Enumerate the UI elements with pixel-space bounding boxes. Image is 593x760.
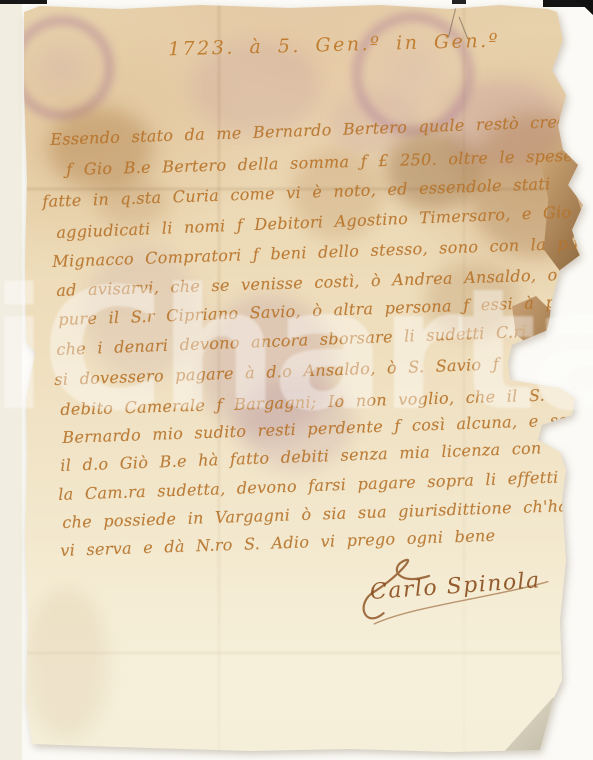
signature: Carlo Spinola: [349, 541, 564, 635]
letter-paper-shadow: 1723. à 5. Gen.º in Gen.º Essendo stato …: [0, 0, 593, 760]
letter-line: Essendo stato da me Bernardo Bertero qua…: [50, 111, 583, 149]
letter-paper: 1723. à 5. Gen.º in Gen.º Essendo stato …: [0, 0, 593, 760]
scan-background: 1723. à 5. Gen.º in Gen.º Essendo stato …: [0, 0, 593, 760]
handwritten-text-layer: 1723. à 5. Gen.º in Gen.º Essendo stato …: [0, 0, 593, 760]
dateline: 1723. à 5. Gen.º in Gen.º: [168, 30, 501, 61]
letter-line: ƒ Gio B.e Bertero della somma ƒ £ 250. o…: [66, 146, 573, 179]
letter-line: si dovessero pagare à d.o Ansaldo, ò S. …: [54, 352, 577, 389]
letter-line: che i denari devono ancora sborsare li s…: [56, 322, 527, 359]
